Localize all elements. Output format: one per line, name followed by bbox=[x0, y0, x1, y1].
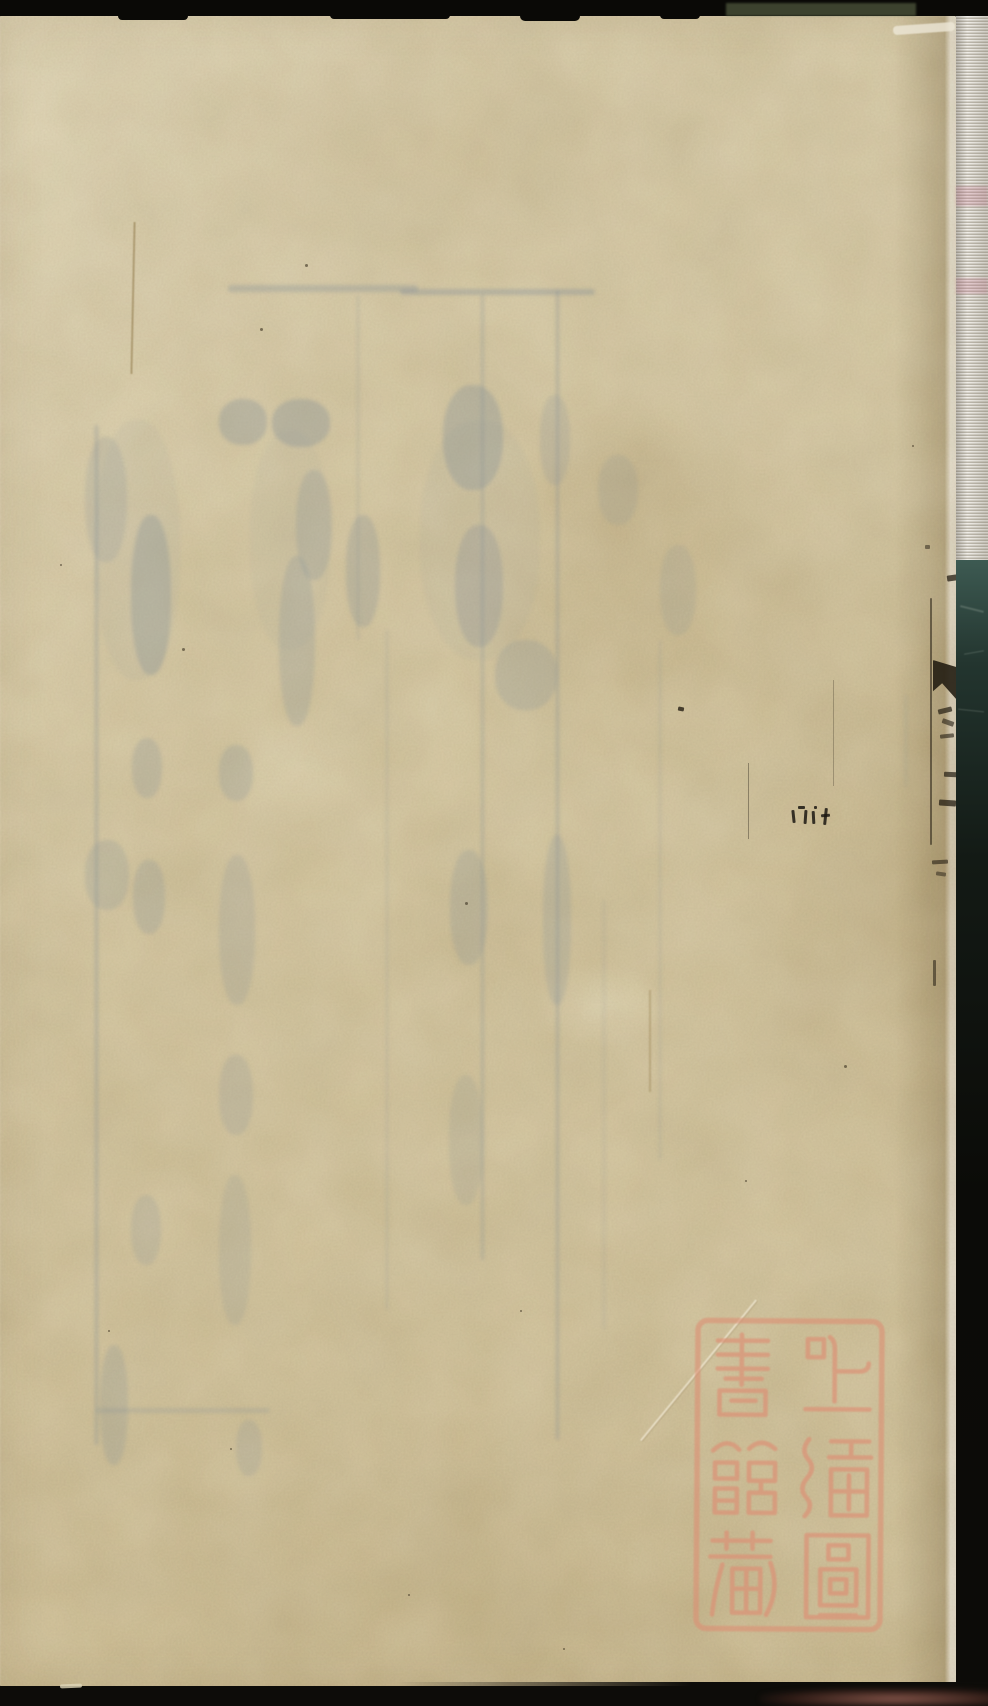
paper-speck bbox=[60, 564, 62, 566]
scan-edge-irregularity bbox=[660, 15, 700, 19]
edge-print-fragment bbox=[930, 598, 932, 845]
paper-speck bbox=[520, 1310, 522, 1312]
scan-edge-irregularity bbox=[330, 15, 450, 19]
fore-edge-tint bbox=[956, 278, 988, 294]
scan-edge-irregularity bbox=[520, 15, 580, 21]
bleedthrough-rule bbox=[400, 289, 595, 295]
seal-glyphs bbox=[692, 1316, 886, 1633]
handwritten-stroke bbox=[798, 806, 805, 809]
edge-print-fragment bbox=[678, 707, 685, 712]
bleedthrough-smudge bbox=[540, 395, 570, 485]
bleedthrough-smudge bbox=[132, 738, 162, 798]
bleedthrough-smudge bbox=[131, 1195, 161, 1265]
paper-edge-glint bbox=[60, 1684, 82, 1689]
scan-edge-irregularity bbox=[118, 15, 188, 20]
paper-speck bbox=[912, 445, 914, 447]
edge-print-fragment bbox=[939, 799, 956, 806]
paper-speck bbox=[408, 1594, 410, 1596]
edge-print-fragment bbox=[932, 860, 948, 865]
bleedthrough-rule bbox=[228, 285, 418, 292]
handwritten-stroke bbox=[821, 814, 830, 818]
handwritten-stroke bbox=[812, 811, 816, 824]
handwritten-stroke bbox=[814, 806, 817, 809]
bleedthrough-smudge bbox=[250, 430, 330, 650]
bleedthrough-smudge bbox=[85, 840, 129, 910]
bleedthrough-rule bbox=[95, 1408, 270, 1413]
bleedthrough-rule bbox=[905, 695, 907, 787]
paper-speck bbox=[182, 648, 185, 651]
collection-seal: 上海圖書館藏 bbox=[692, 1316, 886, 1633]
scan-background-right bbox=[956, 560, 988, 1706]
bleedthrough-smudge bbox=[219, 1175, 251, 1325]
bleedthrough-rule bbox=[556, 290, 559, 1440]
bleedthrough-smudge bbox=[219, 855, 255, 1005]
bleedthrough-smudge bbox=[219, 399, 267, 445]
crease-mark bbox=[649, 990, 651, 1092]
fore-edge-tint bbox=[956, 186, 988, 206]
bleedthrough-rule bbox=[603, 900, 605, 1330]
bleedthrough-smudge bbox=[219, 1055, 253, 1135]
edge-print-fragment bbox=[925, 545, 930, 549]
bleedthrough-rule bbox=[95, 425, 98, 1445]
bleedthrough-smudge bbox=[660, 545, 696, 635]
edge-print-fragment bbox=[933, 960, 936, 986]
bleedthrough-rule bbox=[357, 295, 359, 640]
bleedthrough-smudge bbox=[219, 745, 253, 801]
finger-blur bbox=[760, 1688, 988, 1706]
bleedthrough-smudge bbox=[420, 420, 540, 660]
bleedthrough-smudge bbox=[100, 1345, 128, 1465]
hairline-mark bbox=[833, 680, 834, 786]
bleedthrough-smudge bbox=[236, 1420, 262, 1476]
bleedthrough-smudge bbox=[346, 515, 380, 627]
paper-speck bbox=[260, 328, 263, 331]
bleedthrough-smudge bbox=[598, 455, 638, 525]
paper-speck bbox=[230, 1448, 232, 1450]
scanned-book-page: 上海圖書館藏 bbox=[0, 0, 988, 1706]
bleedthrough-rule bbox=[481, 295, 484, 1260]
bleedthrough-smudge bbox=[95, 420, 180, 680]
bleedthrough-rule bbox=[386, 630, 388, 1310]
bleedthrough-smudge bbox=[449, 1075, 483, 1205]
book-fore-edge bbox=[956, 10, 988, 572]
bleedthrough-smudge bbox=[133, 860, 165, 934]
bleedthrough-rule bbox=[659, 640, 661, 1160]
paper-speck bbox=[305, 264, 308, 267]
paper-sheet: 上海圖書館藏 bbox=[0, 14, 962, 1688]
paper-speck bbox=[108, 1330, 110, 1332]
paper-speck bbox=[844, 1065, 847, 1068]
hairline-mark bbox=[748, 763, 749, 839]
paper-speck bbox=[745, 1180, 747, 1182]
paper-speck bbox=[563, 1648, 565, 1650]
scan-edge-green-tint bbox=[726, 3, 916, 16]
paper-speck bbox=[465, 902, 468, 905]
